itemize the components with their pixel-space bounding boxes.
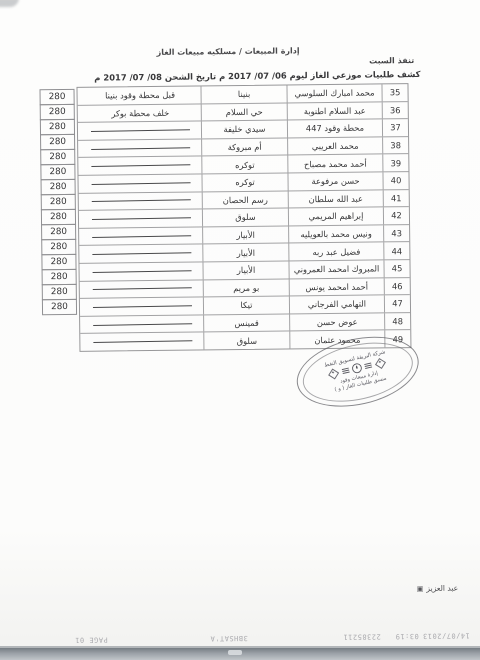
qty-cell: 280 bbox=[40, 89, 75, 105]
note-cell bbox=[81, 227, 202, 245]
qty-cell: 280 bbox=[41, 239, 76, 255]
row-number-cell: 39 bbox=[382, 154, 408, 171]
name-cell: المبروك امحمد العمروني bbox=[288, 260, 383, 278]
row-number-cell: 48 bbox=[384, 313, 410, 330]
fax-time: 03:19 bbox=[395, 632, 419, 640]
note-cell bbox=[81, 192, 202, 210]
area-cell: قمينس bbox=[203, 314, 289, 332]
row-number-cell: 37 bbox=[382, 119, 408, 136]
note-dash-line bbox=[92, 200, 191, 203]
qty-cell: 280 bbox=[40, 134, 75, 150]
area-cell: بنينا bbox=[200, 85, 286, 103]
area-cell: الأبيار bbox=[202, 261, 288, 279]
note-dash-line bbox=[91, 164, 190, 167]
qty-cell: 280 bbox=[40, 104, 75, 120]
row-number-cell: 40 bbox=[382, 172, 408, 189]
area-cell: حي السلام bbox=[201, 103, 287, 121]
name-cell: حسن مرفوعة bbox=[287, 172, 382, 190]
name-cell: عبد السلام اطنوبة bbox=[287, 102, 382, 120]
note-cell bbox=[80, 157, 201, 175]
name-cell: محمد امبارك السلوسي bbox=[286, 84, 381, 102]
note-dash-line bbox=[93, 323, 192, 326]
note-dash-line bbox=[92, 235, 191, 238]
department-line: إدارة المبيعات / مسلكيه مبيعات الغاز bbox=[38, 45, 418, 58]
note-cell bbox=[82, 333, 203, 351]
note-cell bbox=[81, 210, 202, 228]
area-cell: توكره bbox=[201, 173, 287, 191]
qty-cell: 280 bbox=[41, 224, 76, 240]
qty-cell: 280 bbox=[40, 164, 75, 180]
name-cell: أحمد محمد مصباح bbox=[287, 155, 382, 173]
star-glyph: ✦ bbox=[331, 371, 336, 376]
scanned-page: إدارة المبيعات / مسلكيه مبيعات الغاز تنف… bbox=[0, 0, 480, 660]
row-number-cell: 43 bbox=[383, 225, 409, 242]
name-cell: ونيس محمد بالعويليه bbox=[288, 225, 383, 243]
note-cell bbox=[80, 122, 201, 140]
row-number-cell: 46 bbox=[384, 278, 410, 295]
qty-cell: 280 bbox=[41, 209, 76, 225]
fax-number: 22385211 bbox=[343, 632, 381, 640]
note-cell bbox=[80, 139, 201, 157]
note-cell bbox=[82, 280, 203, 298]
note-cell bbox=[81, 245, 202, 263]
note-dash-line bbox=[92, 252, 191, 255]
row-number-cell: 44 bbox=[383, 242, 409, 259]
qty-cell: 280 bbox=[41, 179, 76, 195]
row-number-cell: 41 bbox=[383, 190, 409, 207]
qty-cell: 280 bbox=[42, 269, 77, 285]
qty-cell: 280 bbox=[42, 299, 77, 315]
note-dash-line bbox=[93, 288, 192, 291]
row-number-cell: 35 bbox=[381, 84, 407, 101]
name-cell: التهامي الفرجاني bbox=[289, 295, 384, 313]
star-glyph: ✦ bbox=[378, 360, 383, 365]
note-cell bbox=[82, 315, 203, 333]
area-cell: بو مريم bbox=[203, 279, 289, 297]
row-number-cell: 38 bbox=[382, 137, 408, 154]
row-number-cell: 45 bbox=[383, 260, 409, 277]
area-cell: تيكا bbox=[203, 297, 289, 315]
qty-cell: 280 bbox=[41, 194, 76, 210]
row-number-cell: 42 bbox=[383, 207, 409, 224]
note-dash-line bbox=[92, 270, 191, 273]
fax-page-number: PAGE 01 bbox=[75, 636, 108, 644]
scanner-edge-notch bbox=[228, 650, 242, 655]
name-cell: عوض حسن bbox=[289, 313, 384, 331]
document-title: كشف طلبيات موزعي الغاز ليوم 06/ 07/ 2017… bbox=[86, 69, 428, 83]
stamp-star-right-icon: ✦ bbox=[328, 368, 339, 379]
area-cell: سيدي خليفة bbox=[201, 121, 287, 139]
signature-note: عبد العزيز ▣ bbox=[417, 584, 459, 593]
fax-station-id: 3BHSAT'A bbox=[210, 634, 248, 642]
area-cell: رسم الحصان bbox=[202, 191, 288, 209]
note-cell bbox=[82, 298, 203, 316]
scanner-edge-band bbox=[0, 648, 480, 660]
row-number-cell: 47 bbox=[384, 295, 410, 312]
area-cell: أم مبروكة bbox=[201, 138, 287, 156]
note-cell: خلف محطة بوكر bbox=[80, 104, 201, 122]
name-cell: محطة وقود 447 bbox=[287, 120, 382, 138]
name-cell: فضيل عبد ربه bbox=[288, 243, 383, 261]
note-dash-line bbox=[91, 129, 190, 132]
name-cell: محمد العريبي bbox=[287, 137, 382, 155]
qty-cell: 280 bbox=[42, 284, 77, 300]
area-cell: سلوق bbox=[203, 332, 289, 350]
fax-date: 14/07/2013 bbox=[423, 631, 470, 640]
note-cell bbox=[81, 262, 202, 280]
note-dash-line bbox=[93, 305, 192, 308]
name-cell: إبراهيم المريمي bbox=[288, 208, 383, 226]
qty-cell: 280 bbox=[40, 119, 75, 135]
area-cell: توكره bbox=[201, 156, 287, 174]
note-dash-line bbox=[91, 147, 190, 150]
note-dash-line bbox=[93, 340, 192, 343]
note-cell: قبل محطة وقود بنينا bbox=[79, 86, 200, 104]
name-cell: أحمد امحمد يونس bbox=[289, 278, 384, 296]
qty-column: 2802802802802802802802802802802802802802… bbox=[40, 90, 78, 315]
area-cell: الأبيار bbox=[202, 244, 288, 262]
qty-cell: 280 bbox=[40, 149, 75, 165]
orders-table-body: 35محمد امبارك السلوسيبنيناقبل محطة وقود … bbox=[76, 83, 411, 352]
fax-header-upside-down: 14/07/2013 03:19 22385211 3BHSAT'A PAGE … bbox=[5, 628, 480, 646]
area-cell: سلوق bbox=[202, 209, 288, 227]
qty-cell: 280 bbox=[41, 254, 76, 270]
row-number-cell: 36 bbox=[382, 102, 408, 119]
stamp-star-left-icon: ✦ bbox=[375, 357, 386, 368]
note-cell bbox=[80, 174, 201, 192]
signature-text: عبد العزيز bbox=[426, 584, 458, 593]
handwritten-check-note: تنفذ السبت bbox=[369, 56, 414, 66]
document-content: إدارة المبيعات / مسلكيه مبيعات الغاز تنف… bbox=[0, 0, 480, 660]
note-dash-line bbox=[91, 182, 190, 185]
name-cell: عبد الله سلطان bbox=[288, 190, 383, 208]
note-dash-line bbox=[92, 217, 191, 220]
signature-box-icon: ▣ bbox=[417, 584, 424, 592]
area-cell: الأبيار bbox=[202, 226, 288, 244]
